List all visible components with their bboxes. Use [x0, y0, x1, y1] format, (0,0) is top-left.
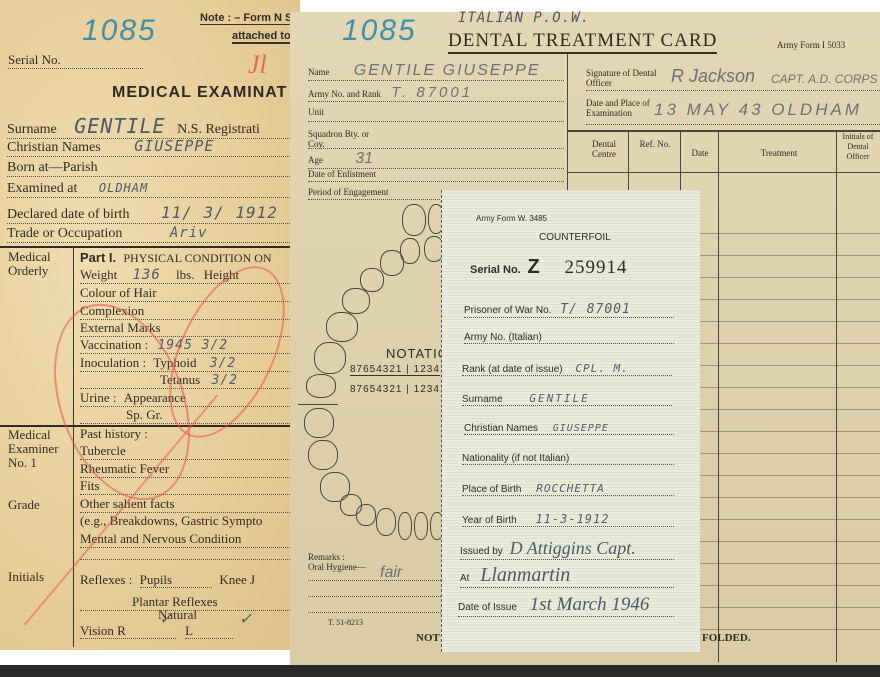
occupation-value: Ariv — [170, 225, 208, 241]
table-top-rule — [567, 130, 880, 132]
name-field: Name GENTILE GIUSEPPE — [308, 62, 564, 81]
year-of-birth-field: Year of Birth 11-3-1912 — [462, 512, 674, 527]
name-value: GENTILE GIUSEPPE — [354, 62, 541, 79]
issued-by-value: D Attiggins Capt. — [510, 538, 636, 558]
dental-title: DENTAL TREATMENT CARD — [448, 30, 717, 54]
tooth-icon — [342, 288, 370, 314]
blank-line — [80, 551, 290, 560]
age-value: 31 — [355, 150, 373, 167]
jaw-divider — [298, 404, 338, 405]
unit-field: Unit — [308, 107, 564, 122]
medical-title: MEDICAL EXAMINAT — [112, 84, 287, 102]
surname-field: Surname GENTILE N.S. Registrati — [7, 114, 292, 139]
treatment-rows — [700, 212, 880, 632]
year-of-birth-value: 11-3-1912 — [535, 512, 609, 526]
tooth-icon — [308, 440, 338, 470]
tooth-icon — [314, 342, 346, 374]
tooth-icon — [414, 512, 428, 540]
place-of-birth-field: Place of Birth ROCCHETTA — [462, 482, 674, 496]
date-of-issue-value: 1st March 1946 — [530, 594, 650, 615]
army-form-label: Army Form I 5033 — [777, 40, 845, 50]
tooth-icon — [356, 504, 376, 526]
note-label: Note : – Form N S. — [200, 12, 295, 25]
signature-value: R Jackson — [671, 66, 755, 87]
reflexes-field: Reflexes : Pupils Knee J — [80, 572, 290, 588]
rank-field: Rank (at date of issue) CPL. M. — [462, 362, 672, 376]
divider — [0, 246, 292, 248]
remarks-line — [308, 580, 443, 581]
issued-at-field: At Llanmartin — [460, 564, 674, 588]
christian-names-value: GIUSEPPE — [553, 423, 609, 434]
army-no-field: Army No. and Rank T. 87001 — [308, 84, 564, 102]
serial-label: Serial No. — [8, 52, 143, 69]
pow-number-value: T/ 87001 — [560, 302, 631, 317]
issued-at-value: Llanmartin — [480, 564, 570, 586]
red-mark: Jl — [248, 50, 267, 80]
date-place-value: 13 MAY 43 OLDHAM — [654, 100, 862, 120]
serial-handwritten: 1085 — [82, 14, 157, 48]
grade-label: Grade — [8, 498, 40, 512]
examined-at-value: OLDHAM — [99, 181, 148, 195]
counterfoil-slip: Army Form W. 3485 COUNTERFOIL Serial No.… — [441, 190, 700, 652]
tooth-icon — [376, 508, 396, 536]
remarks-label: Remarks : — [308, 552, 345, 562]
christian-names-field: Christian Names GIUSEPPE — [7, 137, 292, 157]
nationality-field: Nationality (if not Italian) — [462, 453, 674, 465]
weight-value: 136 — [132, 267, 160, 283]
rank-value: CPL. M. — [575, 362, 628, 375]
surname-value: GENTILE — [529, 392, 589, 405]
date-of-birth-value: 11/ 3/ 1912 — [161, 203, 278, 222]
remarks-line — [308, 612, 443, 613]
italian-pow-header: ITALIAN P.O.W. — [458, 10, 590, 26]
medical-examination-card: 1085 Note : – Form N S. attached to Seri… — [0, 0, 300, 650]
enlistment-field: Date of Enlistment — [308, 169, 564, 182]
notation-upper: 87654321 | 1234 — [350, 364, 440, 376]
signature-field: R Jackson CAPT. A.D. CORPS — [586, 72, 880, 91]
tooth-icon — [380, 250, 404, 276]
signature-rank: CAPT. A.D. CORPS — [771, 72, 877, 86]
examined-at-field: Examined at OLDHAM — [7, 181, 292, 198]
army-form-label: Army Form W. 3485 — [476, 214, 547, 223]
header-ref-no: Ref. No. — [630, 139, 680, 149]
remarks-line — [308, 596, 443, 597]
footer-not: NOT — [416, 632, 440, 644]
christian-names-value: GIUSEPPE — [134, 137, 214, 155]
army-no-italian-field: Army No. (Italian) — [464, 332, 674, 344]
footer-folded: FOLDED. — [702, 632, 751, 644]
tooth-icon — [326, 312, 358, 342]
medical-examiner-label: Medical Examiner No. 1 — [8, 428, 70, 470]
oral-hygiene-label: Oral Hygiene— — [308, 562, 366, 572]
tooth-icon — [360, 268, 384, 292]
squadron-line — [308, 138, 564, 149]
notation-lower: 87654321 | 1234 — [350, 384, 440, 395]
serial-letter: Z — [528, 256, 540, 278]
date-of-issue-field: Date of Issue 1st March 1946 — [458, 594, 674, 617]
check-mark-left: ✓ — [240, 608, 252, 629]
header-date: Date — [682, 148, 718, 158]
background-edge — [0, 665, 880, 677]
other-salient-facts-field: Other salient facts — [80, 496, 290, 513]
serial-field: Serial No. Z 259914 — [470, 256, 628, 279]
check-mark-right: ✓ — [160, 608, 172, 629]
counterfoil-title: COUNTERFOIL — [539, 232, 611, 243]
column-divider — [567, 54, 568, 204]
tooth-icon — [398, 512, 412, 540]
tooth-icon — [306, 374, 336, 398]
header-treatment: Treatment — [720, 148, 838, 158]
date-of-birth-field: Declared date of birth 11/ 3/ 1912 — [7, 203, 292, 224]
age-field: Age 31 — [308, 150, 564, 169]
attached-label: attached to — [232, 30, 291, 44]
tooth-icon — [304, 408, 334, 438]
tooth-icon — [402, 204, 426, 236]
occupation-field: Trade or Occupation Ariv — [7, 225, 292, 243]
vision-field: Vision R L — [80, 623, 290, 639]
surname-field: Surname GENTILE — [462, 392, 672, 406]
initials-label: Initials — [8, 570, 44, 584]
serial-handwritten: 1085 — [342, 14, 417, 48]
issued-by-field: Issued by D Attiggins Capt. — [460, 538, 674, 560]
born-at-field: Born at—Parish — [7, 160, 292, 177]
place-of-birth-value: ROCCHETTA — [536, 482, 605, 495]
serial-number: 259914 — [565, 257, 628, 278]
header-dental-centre: Dental Centre — [580, 139, 628, 159]
army-no-value: T. 87001 — [391, 84, 473, 101]
form-code: T. 51-8213 — [328, 618, 363, 627]
pow-number-field: Prisoner of War No. T/ 87001 — [464, 302, 674, 318]
header-initials: Initials of Dental Officer — [838, 132, 878, 162]
christian-names-field: Christian Names GIUSEPPE — [464, 423, 674, 435]
part1-heading: Part I. PHYSICAL CONDITION ON — [80, 250, 290, 266]
header-bottom-rule — [567, 172, 880, 173]
date-place-field: 13 MAY 43 OLDHAM — [586, 108, 880, 125]
mental-condition-field: Mental and Nervous Condition — [80, 531, 290, 548]
surname-value: GENTILE — [74, 114, 165, 138]
medical-orderly-label: Medical Orderly — [8, 250, 68, 278]
